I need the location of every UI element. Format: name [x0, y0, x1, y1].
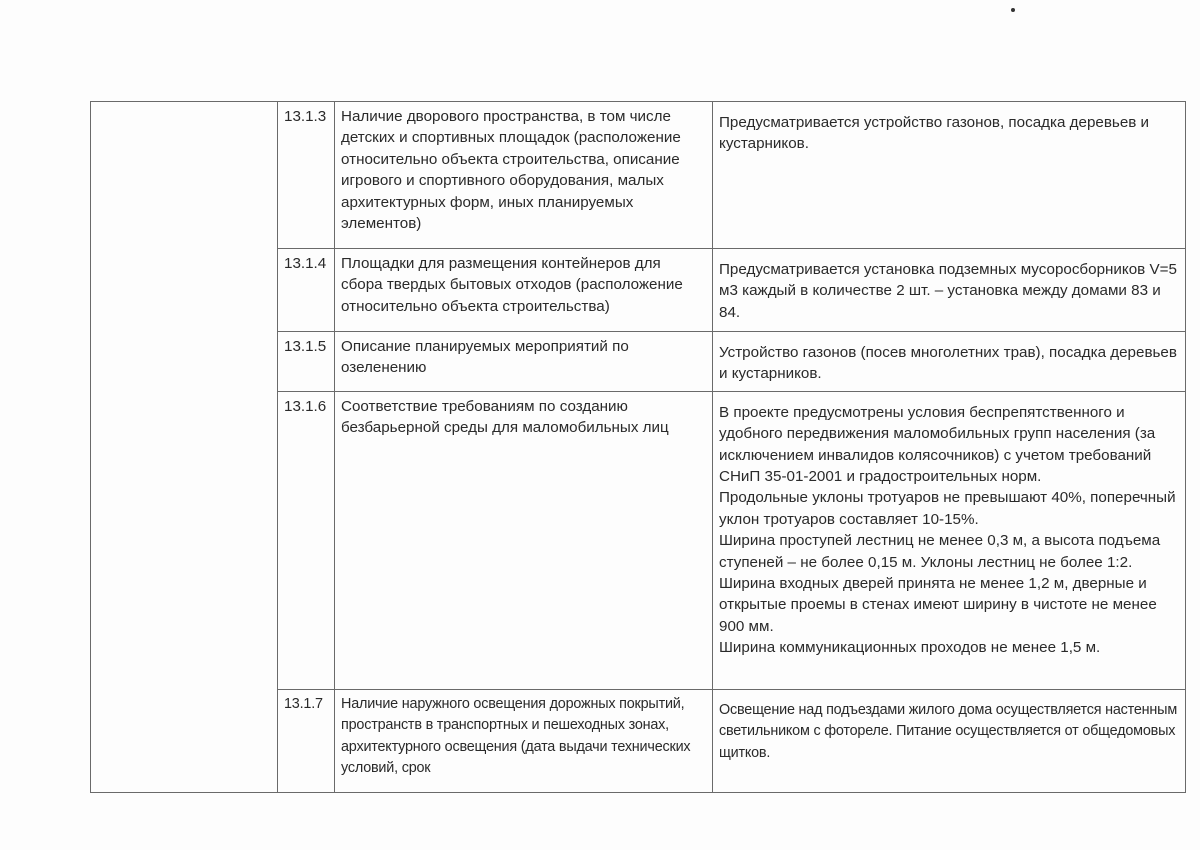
answer-cell: Устройство газонов (посев многолетних тр…: [713, 332, 1186, 392]
item-number: 13.1.5: [278, 332, 335, 392]
section-cell-blank: [91, 102, 278, 793]
requirement-text: Соответствие требованиям по созданию без…: [335, 391, 713, 689]
requirement-text: Описание планируемых мероприятий по озел…: [335, 332, 713, 392]
answer-paragraph: Продольные уклоны тротуаров не превышают…: [719, 487, 1179, 530]
item-number: 13.1.7: [278, 689, 335, 792]
answer-paragraph: Ширина проступей лестниц не менее 0,3 м,…: [719, 530, 1179, 573]
answer-text: Устройство газонов (посев многолетних тр…: [719, 342, 1179, 385]
requirement-text: Площадки для размещения контейнеров для …: [335, 249, 713, 332]
answer-paragraph: В проекте предусмотрены условия беспрепя…: [719, 402, 1179, 488]
requirement-text: Наличие дворового пространства, в том чи…: [335, 102, 713, 249]
item-number: 13.1.6: [278, 391, 335, 689]
answer-cell: Предусматривается устройство газонов, по…: [713, 102, 1186, 249]
answer-cell: Предусматривается установка подземных му…: [713, 249, 1186, 332]
item-number: 13.1.4: [278, 249, 335, 332]
answer-text: Освещение над подъездами жилого дома осу…: [719, 700, 1179, 764]
answer-cell: Освещение над подъездами жилого дома осу…: [713, 689, 1186, 792]
table-row: 13.1.3 Наличие дворового пространства, в…: [91, 102, 1186, 249]
item-number: 13.1.3: [278, 102, 335, 249]
answer-cell: В проекте предусмотрены условия беспрепя…: [713, 391, 1186, 689]
scan-speck: [1011, 8, 1015, 12]
requirement-text: Наличие наружного освещения дорожных пок…: [335, 689, 713, 792]
answer-paragraph: Ширина коммуникационных проходов не мене…: [719, 637, 1179, 658]
answer-text: Предусматривается устройство газонов, по…: [719, 112, 1179, 155]
requirements-table: 13.1.3 Наличие дворового пространства, в…: [90, 101, 1186, 793]
answer-paragraph: Ширина входных дверей принята не менее 1…: [719, 573, 1179, 637]
answer-text: Предусматривается установка подземных му…: [719, 259, 1179, 323]
